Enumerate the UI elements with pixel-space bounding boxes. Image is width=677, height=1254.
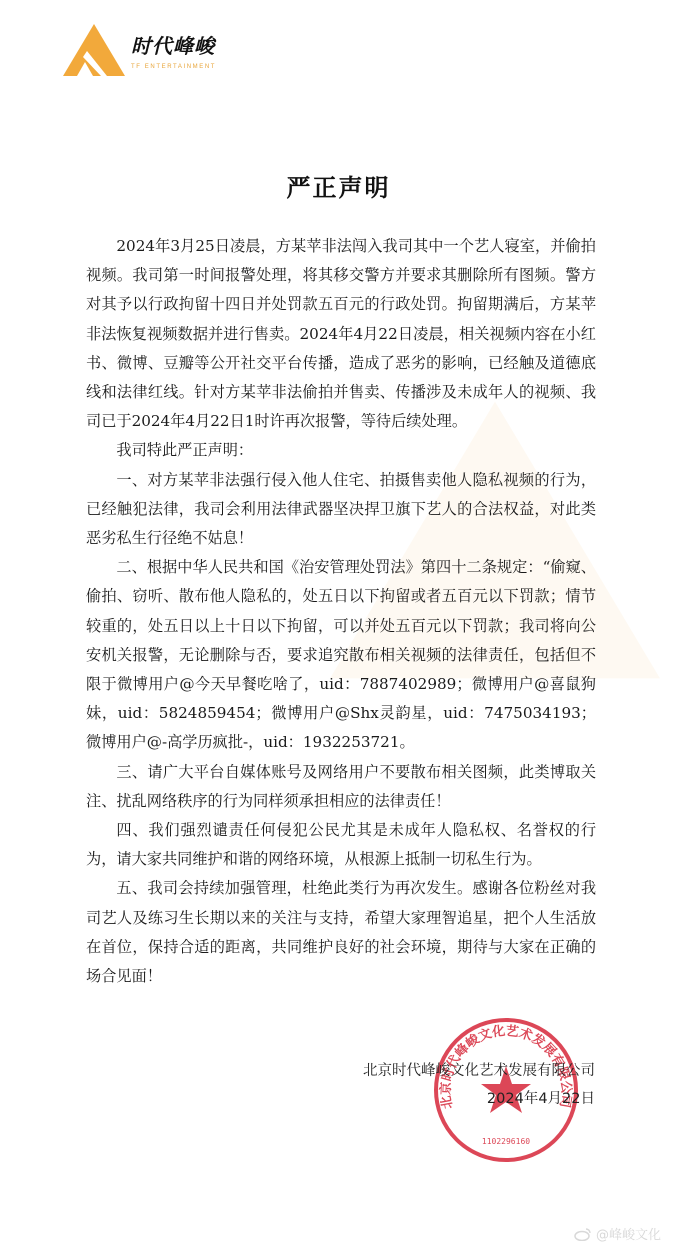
- signature-date: 2024年4月22日: [363, 1085, 595, 1113]
- paragraph-point-4: 四、我们强烈谴责任何侵犯公民尤其是未成年人隐私权、名誉权的行为，请大家共同维护和…: [86, 816, 596, 874]
- signature-company: 北京时代峰峻文化艺术发展有限公司: [363, 1057, 595, 1085]
- weibo-icon: [574, 1227, 592, 1241]
- paragraph-point-2: 二、根据中华人民共和国《治安管理处罚法》第四十二条规定：“偷窥、偷拍、窃听、散布…: [86, 553, 596, 757]
- company-logo: 时代峰峻 TF ENTERTAINMENT: [63, 24, 233, 80]
- paragraph-declaration: 我司特此严正声明：: [86, 436, 596, 465]
- signature-block: 北京时代峰峻文化艺术发展有限公司 2024年4月22日: [363, 1057, 595, 1113]
- paragraph-point-3: 三、请广大平台自媒体账号及网络用户不要散布相关图频，此类博取关注、扰乱网络秩序的…: [86, 758, 596, 816]
- document-title: 严正声明: [0, 168, 677, 203]
- weibo-watermark-text: @峰峻文化: [596, 1224, 661, 1243]
- svg-text:1102296160: 1102296160: [482, 1137, 530, 1146]
- paragraph-intro: 2024年3月25日凌晨，方某苹非法闯入我司其中一个艺人寝室，并偷拍视频。我司第…: [86, 232, 596, 436]
- statement-body: 2024年3月25日凌晨，方某苹非法闯入我司其中一个艺人寝室，并偷拍视频。我司第…: [86, 232, 596, 991]
- triangle-logo-icon: [63, 24, 125, 76]
- weibo-watermark: @峰峻文化: [574, 1224, 661, 1243]
- logo-name-en: TF ENTERTAINMENT: [131, 64, 216, 70]
- paragraph-point-5: 五、我司会持续加强管理，杜绝此类行为再次发生。感谢各位粉丝对我司艺人及练习生长期…: [86, 874, 596, 991]
- logo-name-cn: 时代峰峻: [131, 30, 215, 59]
- paragraph-point-1: 一、对方某苹非法强行侵入他人住宅、拍摄售卖他人隐私视频的行为，已经触犯法律，我司…: [86, 466, 596, 554]
